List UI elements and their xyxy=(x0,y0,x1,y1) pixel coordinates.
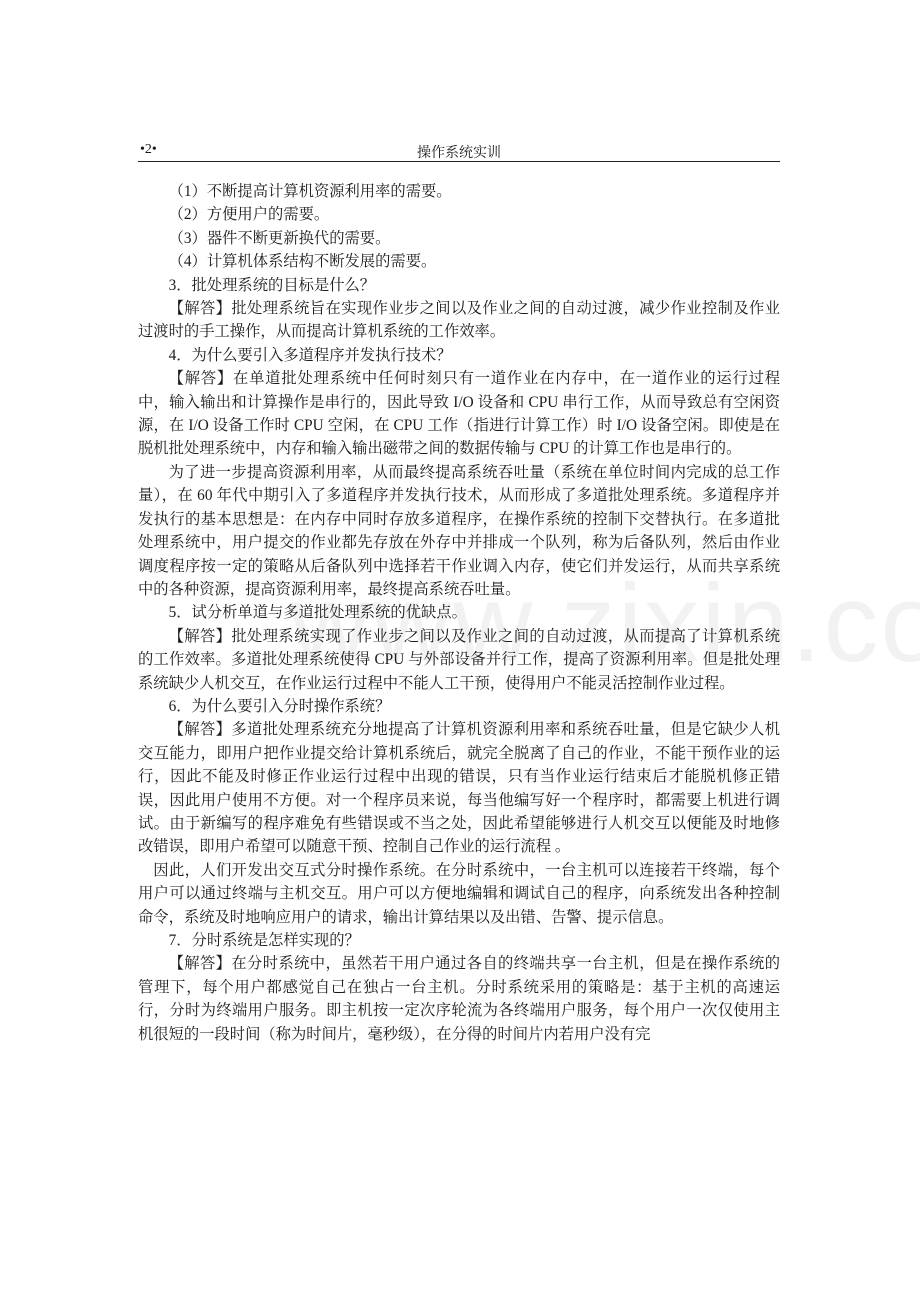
page-header: •2• 操作系统实训 xyxy=(138,140,780,162)
answer-5: 【解答】批处理系统实现了作业步之间以及作业之间的自动过渡，从而提高了计算机系统的… xyxy=(138,625,780,695)
list-item-3: （3）器件不断更新换代的需要。 xyxy=(138,227,780,250)
list-item-4: （4）计算机体系结构不断发展的需要。 xyxy=(138,250,780,273)
header-rule xyxy=(138,161,780,162)
question-6: 6．为什么要引入分时操作系统？ xyxy=(138,695,780,718)
running-title: 操作系统实训 xyxy=(138,142,780,162)
answer-7: 【解答】在分时系统中，虽然若干用户通过各自的终端共享一台主机，但是在操作系统的管… xyxy=(138,952,780,1046)
answer-6-part-1: 【解答】多道批处理系统充分地提高了计算机资源利用率和系统吞吐量，但是它缺少人机交… xyxy=(138,718,780,858)
question-5: 5．试分析单道与多道批处理系统的优缺点。 xyxy=(138,601,780,624)
question-7: 7．分时系统是怎样实现的？ xyxy=(138,929,780,952)
question-4: 4．为什么要引入多道程序并发执行技术？ xyxy=(138,344,780,367)
question-3: 3．批处理系统的目标是什么？ xyxy=(138,274,780,297)
answer-3: 【解答】批处理系统旨在实现作业步之间以及作业之间的自动过渡，减少作业控制及作业过… xyxy=(138,297,780,344)
answer-4-part-1: 【解答】在单道批处理系统中任何时刻只有一道作业在内存中，在一道作业的运行过程中，… xyxy=(138,367,780,461)
page-body: （1）不断提高计算机资源利用率的需要。 （2）方便用户的需要。 （3）器件不断更… xyxy=(138,180,780,1046)
list-item-2: （2）方便用户的需要。 xyxy=(138,203,780,226)
answer-4-part-2: 为了进一步提高资源利用率，从而最终提高系统吞吐量（系统在单位时间内完成的总工作量… xyxy=(138,461,780,601)
answer-6-part-2: 因此，人们开发出交互式分时操作系统。在分时系统中，一台主机可以连接若干终端，每个… xyxy=(138,859,780,929)
list-item-1: （1）不断提高计算机资源利用率的需要。 xyxy=(138,180,780,203)
